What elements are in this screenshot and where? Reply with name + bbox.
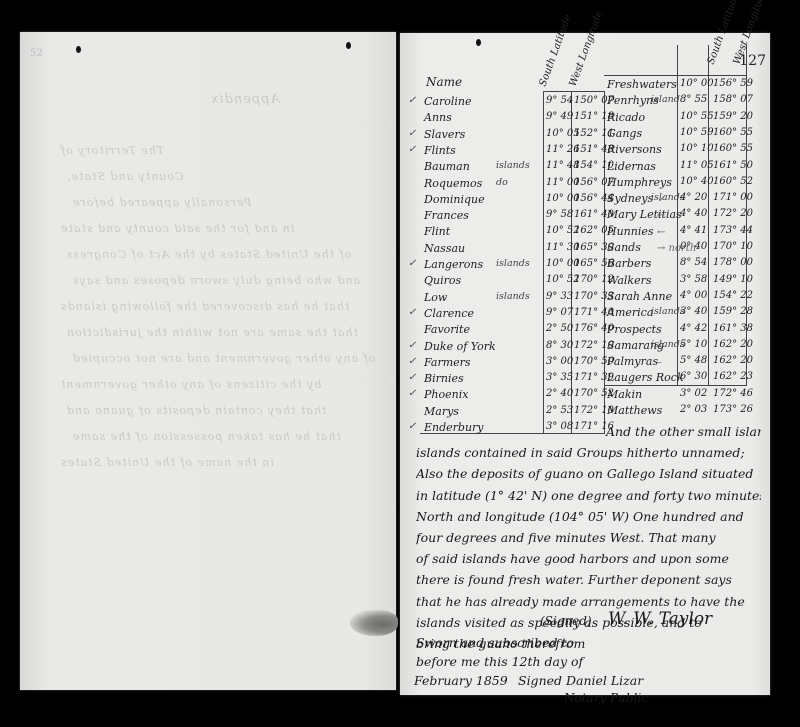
- check-mark-icon: ✓: [408, 356, 416, 367]
- island-name: Sands: [607, 241, 641, 254]
- island-name: Freshwaters: [607, 78, 677, 91]
- west-longitude: 171° 00: [713, 192, 753, 203]
- south-latitude: 4° 20: [680, 192, 707, 203]
- check-mark-icon: ✓: [408, 258, 416, 269]
- west-longitude: 161° 38: [713, 323, 753, 334]
- south-latitude: 6° 30: [680, 371, 707, 382]
- south-latitude: 8° 55: [680, 94, 707, 105]
- island-name: Barbers: [607, 257, 651, 270]
- check-mark-icon: ✓: [408, 128, 416, 139]
- check-mark-icon: ✓: [408, 307, 416, 318]
- south-latitude: 9° 07: [546, 307, 573, 318]
- island-name: Sydneys: [607, 192, 653, 205]
- header-west-longitude: West Longitude: [568, 10, 605, 88]
- header-name: Name: [426, 75, 462, 89]
- island-name: Hunnies: [607, 225, 654, 238]
- binding-hole: [346, 42, 351, 49]
- south-latitude: 10° 55: [680, 111, 714, 122]
- island-name: Laugers Rock: [607, 371, 684, 384]
- island-name: Nassau: [424, 242, 465, 255]
- island-name: Lidernas: [607, 160, 656, 173]
- para-line: in latitude (1° 42' N) one degree and fo…: [416, 485, 761, 506]
- island-name: Farmers: [424, 356, 471, 369]
- south-latitude: 0° 40: [680, 241, 707, 252]
- island-name: Dominique: [424, 193, 485, 206]
- bleed-line: and who being duly sworn deposes and say…: [72, 274, 360, 287]
- grid-line: [543, 91, 605, 92]
- check-mark-icon: ✓: [408, 95, 416, 106]
- para-line: islands contained in said Groups hithert…: [416, 442, 761, 463]
- south-latitude: 4° 42: [680, 323, 707, 334]
- margin-mark-icon: –: [657, 341, 662, 352]
- island-name: Mary Letitias: [607, 208, 682, 221]
- island-suffix: islands: [496, 291, 530, 302]
- island-name: Phoenix: [424, 388, 468, 401]
- south-latitude: 3° 58: [680, 274, 707, 285]
- south-latitude: 2° 40: [546, 388, 573, 399]
- island-suffix: islands: [496, 160, 530, 171]
- south-latitude: 10° 00: [680, 78, 714, 89]
- bleed-line: The Territory of: [60, 144, 164, 157]
- south-latitude: 9° 58: [546, 209, 573, 220]
- bleed-line: of any other government and are not occu…: [72, 352, 375, 365]
- south-latitude: 11° 05: [680, 160, 714, 171]
- west-longitude: 160° 55: [713, 143, 753, 154]
- south-latitude: 3° 00: [546, 356, 573, 367]
- west-longitude: 159° 20: [713, 111, 753, 122]
- west-longitude: 173° 26: [713, 404, 753, 415]
- binding-hole: [476, 39, 481, 46]
- south-latitude: 10° 40: [680, 176, 714, 187]
- island-name: Favorite: [424, 323, 470, 336]
- south-latitude: 9° 33: [546, 291, 573, 302]
- para-line: North and longitude (104° 05' W) One hun…: [416, 506, 761, 527]
- binding-hole: [76, 46, 81, 53]
- island-name: Slavers: [424, 128, 465, 141]
- south-latitude: 3° 02: [680, 388, 707, 399]
- west-longitude: 160° 55: [713, 127, 753, 138]
- south-latitude: 3° 35: [546, 372, 573, 383]
- jurat-line: February 1859: [414, 673, 508, 688]
- west-longitude: 149° 10: [713, 274, 753, 285]
- check-mark-icon: ✓: [408, 388, 416, 399]
- island-suffix: islands: [496, 258, 530, 269]
- south-latitude: 5° 10: [680, 339, 707, 350]
- notary-title: Notary Public: [564, 691, 648, 705]
- south-latitude: 10° 10: [680, 143, 714, 154]
- bleed-line: Personally appeared before: [72, 196, 251, 209]
- right-page: 127 Name South Latitude West Longitude S…: [400, 33, 770, 695]
- island-name: Bauman: [424, 160, 470, 173]
- ink-smudge: [350, 610, 398, 636]
- west-longitude: 154° 22: [713, 290, 753, 301]
- island-name: Walkers: [607, 274, 652, 287]
- west-longitude: 172° 46: [713, 388, 753, 399]
- island-name: Gangs: [607, 127, 642, 140]
- west-longitude: 160° 52: [713, 176, 753, 187]
- west-longitude: 162° 20: [713, 355, 753, 366]
- header-south-latitude: South Latitude: [538, 13, 574, 88]
- island-suffix: do: [496, 177, 508, 188]
- island-name: Caroline: [424, 95, 472, 108]
- island-name: Marys: [424, 405, 459, 418]
- west-longitude: 161° 50: [713, 160, 753, 171]
- south-latitude: 5° 48: [680, 355, 707, 366]
- island-name: Riversons: [607, 143, 662, 156]
- island-name: Matthews: [607, 404, 662, 417]
- island-name: Humphreys: [607, 176, 672, 189]
- west-longitude: 158° 07: [713, 94, 753, 105]
- south-latitude: 2° 03: [680, 404, 707, 415]
- island-name: Anns: [424, 111, 452, 124]
- island-suffix: island: [651, 94, 680, 105]
- island-name: Sarah Anne: [607, 290, 672, 303]
- para-line: Also the deposits of guano on Gallego Is…: [416, 463, 761, 484]
- para-line: four degrees and five minutes West. That…: [416, 527, 761, 548]
- south-latitude: 4° 00: [680, 290, 707, 301]
- south-latitude: 8° 30: [546, 340, 573, 351]
- bleed-line: of the United States by the Act of Congr…: [66, 248, 351, 261]
- island-name: Makin: [607, 388, 642, 401]
- para-line: And the other small islands: [416, 421, 761, 442]
- jurat-line: Sworn and subscribed to: [416, 635, 574, 650]
- south-latitude: 3° 40: [680, 306, 707, 317]
- margin-mark-icon: ←: [657, 227, 665, 238]
- island-name: Low: [424, 291, 447, 304]
- island-name: Clarence: [424, 307, 474, 320]
- notary-signature: Signed Daniel Lizar: [518, 673, 643, 688]
- check-mark-icon: ✓: [408, 372, 416, 383]
- west-longitude: 178° 00: [713, 257, 753, 268]
- west-longitude: 159° 28: [713, 306, 753, 317]
- west-longitude: 172° 20: [713, 208, 753, 219]
- margin-mark-icon: –: [657, 357, 662, 368]
- south-latitude: 4° 41: [680, 225, 707, 236]
- island-name: Flints: [424, 144, 456, 157]
- south-latitude: 8° 54: [680, 257, 707, 268]
- check-mark-icon: ✓: [408, 144, 416, 155]
- west-longitude: 173° 44: [713, 225, 753, 236]
- bleed-line: that the same are not within the jurisdi…: [66, 326, 358, 339]
- island-name: Roquemos: [424, 177, 482, 190]
- island-name: Prospects: [607, 323, 662, 336]
- west-longitude: 156° 59: [713, 78, 753, 89]
- margin-mark-icon: ✓: [657, 194, 665, 205]
- grid-line: [604, 75, 747, 76]
- west-longitude: 170° 10: [713, 241, 753, 252]
- island-name: Duke of York: [424, 340, 496, 353]
- island-name: Ricado: [607, 111, 645, 124]
- signature-name: W. W. Taylor: [608, 609, 712, 629]
- island-name: Quiros: [424, 274, 461, 287]
- margin-mark-icon: ←: [657, 210, 665, 221]
- para-line: there is found fresh water. Further depo…: [416, 569, 761, 590]
- left-heading-bleed: Appendix: [210, 92, 280, 107]
- bleed-line: in the name of the United States: [60, 456, 274, 469]
- island-name: Frances: [424, 209, 469, 222]
- south-latitude: 9° 54: [546, 95, 573, 106]
- left-page: 52 Appendix The Territory ofCounty and S…: [20, 32, 396, 690]
- signed-label: (Signed): [540, 614, 592, 628]
- island-name: Langerons: [424, 258, 483, 271]
- south-latitude: 9° 49: [546, 111, 573, 122]
- bleed-line: that he has taken possession of the same: [72, 430, 341, 443]
- jurat-line: before me this 12th day of: [416, 654, 583, 669]
- south-latitude: 10° 59: [680, 127, 714, 138]
- bleed-line: by the citizens of any other government: [60, 378, 322, 391]
- island-name: Flint: [424, 225, 450, 238]
- west-longitude: 162° 20: [713, 339, 753, 350]
- island-name: Palmyras: [607, 355, 658, 368]
- bleed-line: County and State,: [66, 170, 183, 183]
- bleed-line: that they contain deposits of guano and: [66, 404, 326, 417]
- south-latitude: 2° 50: [546, 323, 573, 334]
- bleed-line: in and for the said county and state: [60, 222, 294, 235]
- island-name: Birnies: [424, 372, 464, 385]
- para-line: of said islands have good harbors and up…: [416, 548, 761, 569]
- south-latitude: 2° 53: [546, 405, 573, 416]
- west-longitude: 162° 23: [713, 371, 753, 382]
- check-mark-icon: ✓: [408, 340, 416, 351]
- bleed-line: that he has discovered the following isl…: [60, 300, 349, 313]
- south-latitude: 4° 40: [680, 208, 707, 219]
- island-name: America: [607, 306, 653, 319]
- left-page-number: 52: [30, 48, 43, 59]
